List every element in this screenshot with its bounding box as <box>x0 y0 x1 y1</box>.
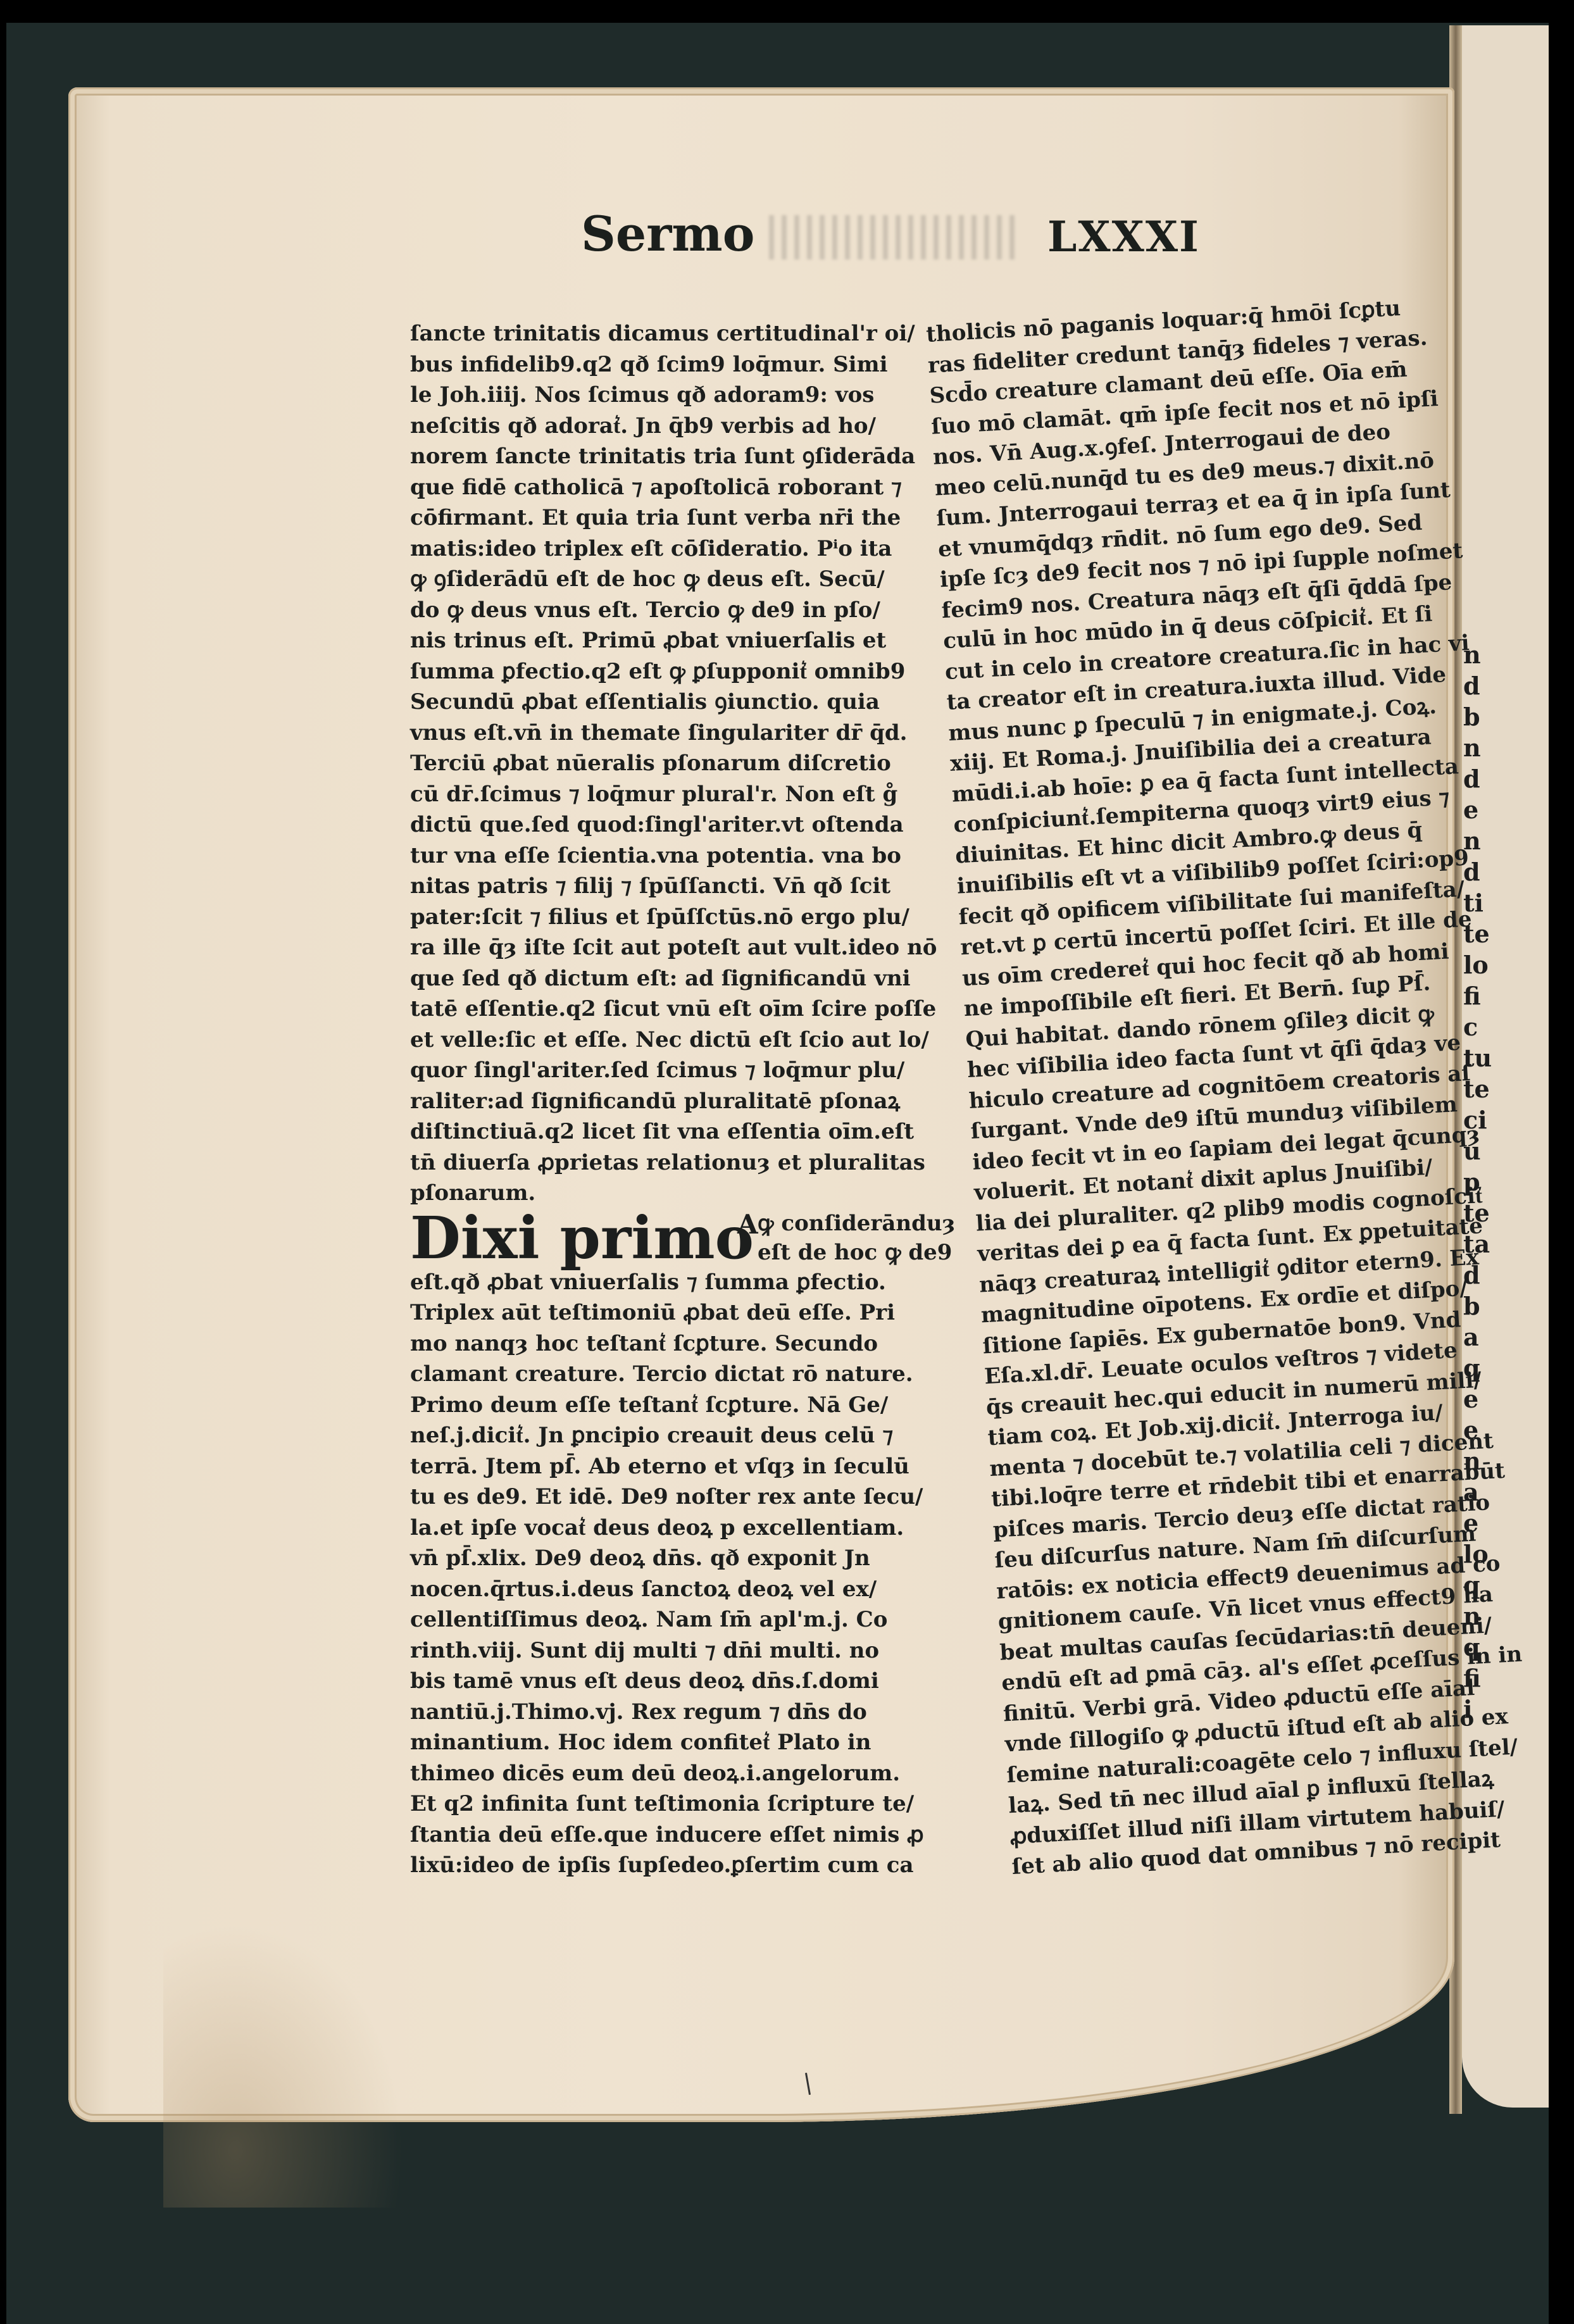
text-line: terrā. Jtem pſ̄. Ab eterno et vſqȝ in ſe… <box>410 1451 904 1482</box>
text-line: Et q2 infinita ſunt teſtimonia ſcripture… <box>410 1789 904 1820</box>
text-line: quor ſingl'ariter.ſed ſcimus ⁊ loq̄mur p… <box>410 1055 904 1086</box>
text-line: mo nanqȝ hoc teſtant͛ ſcꝑture. Secundo <box>410 1328 904 1359</box>
facing-page-fragment: fi <box>1463 980 1481 1011</box>
text-line: cōfirmant. Et quia tria ſunt verba nr̄i … <box>410 503 904 534</box>
text-line: que fidē catholicā ⁊ apoſtolicā roborant… <box>410 472 904 503</box>
text-line: ſumma ꝑfectio.q2 eſt ꝙ ꝑſupponit͛ omnib9 <box>410 656 904 687</box>
text-line: nis trinus eſt. Primū ꝓbat vniuerſalis e… <box>410 625 904 656</box>
text-line: ꝙ ꝯſiderādū eſt de hoc ꝙ deus eſt. Secū/ <box>410 564 904 595</box>
scan-border-right <box>1549 0 1574 2324</box>
left-text-column: ſancte trinitatis dicamus certitudinal'r… <box>410 318 904 1881</box>
text-line: Primo deum eſſe teſtant͛ ſcꝑture. Nā Ge/ <box>410 1390 904 1421</box>
show-through-text <box>769 215 1022 259</box>
text-line: raliter:ad ſignificandū pluralitatē pſon… <box>410 1086 904 1117</box>
scan-border-left <box>0 0 6 2324</box>
facing-page-fragment: lo <box>1463 949 1489 980</box>
text-line: dictū que.ſed quod:ſingl'ariter.vt oſten… <box>410 809 904 840</box>
text-line: eſt.qð ꝓbat vniuerſalis ⁊ ſumma ꝑfectio. <box>410 1267 904 1298</box>
text-line: do ꝙ deus vnus eſt. Tercio ꝙ de9 in pſo/ <box>410 595 904 626</box>
text-line: lixū:ideo de ipſis ſupſedeo.ꝑſertim cum … <box>410 1850 904 1881</box>
text-line: minantium. Hoc idem confitet͛ Plato in <box>410 1727 904 1758</box>
heading-side-text: ꝙ conſiderānduȝ eſt de hoc ꝙ de9 <box>758 1209 955 1267</box>
section-opening: Dixi primo ꝙ conſiderānduȝ eſt de hoc ꝙ … <box>410 1209 904 1267</box>
facing-page-fragment: n <box>1463 732 1481 763</box>
text-line: nitas patris ⁊ filij ⁊ ſpūſſancti. Vn̄ q… <box>410 871 904 902</box>
text-line: ſtantia deū eſſe.que inducere eſſet nimi… <box>410 1820 904 1851</box>
folio-number: LXXXI <box>1047 212 1200 261</box>
text-line: ſancte trinitatis dicamus certitudinal'r… <box>410 318 904 349</box>
text-line: cellentiſſimus deoꝝ. Nam ſm̄ apl'm.j. Co <box>410 1604 904 1635</box>
text-line: pater:ſcit ⁊ filius et ſpūſſctūs.nō ergo… <box>410 902 904 933</box>
running-title: Sermo <box>581 206 754 262</box>
text-line: matis:ideo triplex eſt cōſideratio. Pⁱo … <box>410 534 904 565</box>
text-line: et velle:ſic et eſſe. Nec dictū eſt ſcio… <box>410 1025 904 1056</box>
water-stain <box>163 1923 404 2208</box>
text-line: Triplex aūt teſtimoniū ꝓbat deū eſſe. Pr… <box>410 1297 904 1328</box>
drop-cap-heading: Dixi primo <box>410 1209 754 1267</box>
text-line: le Joh.iiij. Nos ſcimus qð adoram9: vos <box>410 380 904 411</box>
facing-page-fragment: b <box>1463 701 1480 732</box>
text-line: neſ.j.dicit͛. Jn ꝑncipio creauit deus ce… <box>410 1420 904 1451</box>
text-line: neſcitis qð adorat͛. Jn q̄b9 verbis ad h… <box>410 411 904 442</box>
text-line: ra ille q̄ȝ iſte ſcit aut poteſt aut vul… <box>410 932 904 963</box>
text-line: norem ſancte trinitatis tria ſunt ꝯſider… <box>410 441 904 472</box>
text-line: tatē eſſentie.q2 ſicut vnū eſt oīm ſcire… <box>410 994 904 1025</box>
text-line: bus infidelib9.q2 qð ſcim9 loq̄mur. Simi <box>410 349 904 380</box>
facing-page-fragment: d <box>1463 670 1480 701</box>
text-line: vn̄ pſ̄.xlix. De9 deoꝝ dn̄s. qð exponit … <box>410 1543 904 1574</box>
text-line: bis tamē vnus eſt deus deoꝝ dn̄s.ſ.domi <box>410 1666 904 1697</box>
signature-mark: A <box>737 1209 758 1240</box>
text-line: tn̄ diuerſa ꝓprietas relationuȝ et plura… <box>410 1147 904 1178</box>
text-line: tur vna eſſe ſcientia.vna potentia. vna … <box>410 840 904 871</box>
text-line: que ſed qð dictum eſt: ad ſignificandū v… <box>410 963 904 994</box>
facing-page-fragment: c <box>1463 1011 1478 1042</box>
text-line: rinth.viij. Sunt dij multi ⁊ dn̄i multi.… <box>410 1635 904 1666</box>
text-line: thimeo dicēs eum deū deoꝝ.i.angelorum. <box>410 1758 904 1789</box>
right-text-column: tholicis nō paganis loquar:q̄ hmōi ſcꝑtu… <box>925 292 1499 1883</box>
text-line: nantiū.j.Thimo.vj. Rex regum ⁊ dn̄s do <box>410 1697 904 1728</box>
text-line: cū dr̄.ſcimus ⁊ loq̄mur plural'r. Non eſ… <box>410 779 904 810</box>
text-line: vnus eſt.vn̄ in themate ſingulariter dr̄… <box>410 718 904 749</box>
facing-page-fragment: e <box>1463 794 1478 825</box>
text-line: tu es de9. Et idē. De9 noſter rex ante ſ… <box>410 1482 904 1513</box>
facing-page-fragment: d <box>1463 763 1480 794</box>
text-line: Terciū ꝓbat nūeralis pſonarum diſcretio <box>410 748 904 779</box>
text-line: diſtinctiuā.q2 licet ſit vna eſſentia oī… <box>410 1116 904 1147</box>
text-line: nocen.q̄rtus.i.deus ſanctoꝝ deoꝝ vel ex/ <box>410 1574 904 1605</box>
text-line: la.et ipſe vocat͛ deus deoꝝ p excellenti… <box>410 1513 904 1544</box>
scan-border-top <box>0 0 1574 23</box>
text-line: clamant creature. Tercio dictat rō natur… <box>410 1359 904 1390</box>
text-line: Secundū ꝓbat eſſentialis ꝯiunctio. quia <box>410 687 904 718</box>
